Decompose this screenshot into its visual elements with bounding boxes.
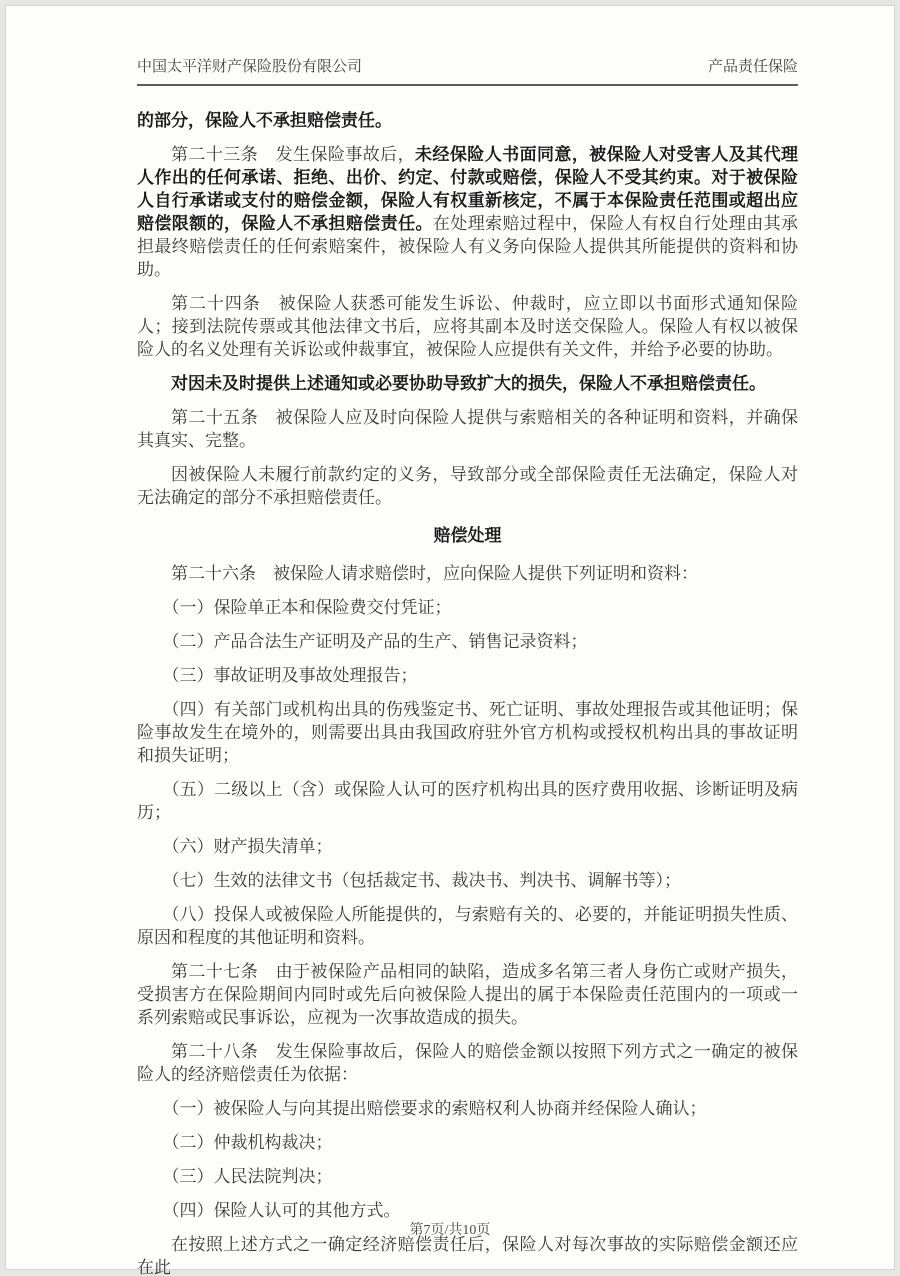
list-item-26-2: （二）产品合法生产证明及产品的生产、销售记录资料； bbox=[137, 630, 798, 653]
list-item-26-7: （七）生效的法律文书（包括裁定书、裁决书、判决书、调解书等）； bbox=[137, 869, 798, 892]
paragraph-article-23: 第二十三条 发生保险事故后，未经保险人书面同意，被保险人对受害人及其代理人作出的… bbox=[137, 143, 798, 281]
list-item-26-6: （六）财产损失清单； bbox=[137, 835, 798, 858]
page-footer: 第7页/共10页 bbox=[6, 1219, 894, 1239]
document-page: 中国太平洋财产保险股份有限公司 产品责任保险 的部分，保险人不承担赔偿责任。 第… bbox=[5, 5, 895, 1270]
paragraph-article-25-supplement: 因被保险人未履行前款约定的义务，导致部分或全部保险责任无法确定，保险人对无法确定… bbox=[137, 463, 798, 509]
paragraph-article-28: 第二十八条 发生保险事故后，保险人的赔偿金额以按照下列方式之一确定的被保险人的经… bbox=[137, 1040, 798, 1086]
list-item-26-1: （一）保险单正本和保险费交付凭证； bbox=[137, 596, 798, 619]
paragraph-carryover: 的部分，保险人不承担赔偿责任。 bbox=[137, 109, 798, 132]
list-item-28-1: （一）被保险人与向其提出赔偿要求的索赔权利人协商并经保险人确认； bbox=[137, 1097, 798, 1120]
list-item-26-3: （三）事故证明及事故处理报告； bbox=[137, 664, 798, 687]
header-company-name: 中国太平洋财产保险股份有限公司 bbox=[137, 57, 362, 77]
paragraph-article-25: 第二十五条 被保险人应及时向保险人提供与索赔相关的各种证明和资料，并确保其真实、… bbox=[137, 406, 798, 452]
paragraph-closing: 在按照上述方式之一确定经济赔偿责任后，保险人对每次事故的实际赔偿金额还应在此 bbox=[137, 1233, 798, 1276]
list-item-26-5: （五）二级以上（含）或保险人认可的医疗机构出具的医疗费用收据、诊断证明及病历； bbox=[137, 778, 798, 824]
list-item-28-3: （三）人民法院判决； bbox=[137, 1165, 798, 1188]
list-item-26-8: （八）投保人或被保险人所能提供的，与索赔有关的、必要的，并能证明损失性质、原因和… bbox=[137, 903, 798, 949]
paragraph-article-24: 第二十四条 被保险人获悉可能发生诉讼、仲裁时，应立即以书面形式通知保险人；接到法… bbox=[137, 292, 798, 361]
section-heading-claims-settlement: 赔偿处理 bbox=[137, 524, 798, 547]
header-doc-type: 产品责任保险 bbox=[708, 57, 798, 77]
list-item-26-4: （四）有关部门或机构出具的伤残鉴定书、死亡证明、事故处理报告或其他证明；保险事故… bbox=[137, 698, 798, 767]
scan-background: 中国太平洋财产保险股份有限公司 产品责任保险 的部分，保险人不承担赔偿责任。 第… bbox=[0, 0, 900, 1276]
page-number-label: 第7页/共10页 bbox=[410, 1223, 491, 1238]
paragraph-article-26: 第二十六条 被保险人请求赔偿时，应向保险人提供下列证明和资料： bbox=[137, 562, 798, 585]
list-item-28-2: （二）仲裁机构裁决； bbox=[137, 1131, 798, 1154]
paragraph-late-notice: 对因未及时提供上述通知或必要协助导致扩大的损失，保险人不承担赔偿责任。 bbox=[137, 372, 798, 395]
page-header: 中国太平洋财产保险股份有限公司 产品责任保险 bbox=[137, 57, 798, 86]
document-content: 的部分，保险人不承担赔偿责任。 第二十三条 发生保险事故后，未经保险人书面同意，… bbox=[137, 109, 798, 1276]
text-run-lead: 第二十三条 发生保险事故后， bbox=[171, 145, 415, 164]
paragraph-article-27: 第二十七条 由于被保险产品相同的缺陷，造成多名第三者人身伤亡或财产损失，受损害方… bbox=[137, 960, 798, 1029]
